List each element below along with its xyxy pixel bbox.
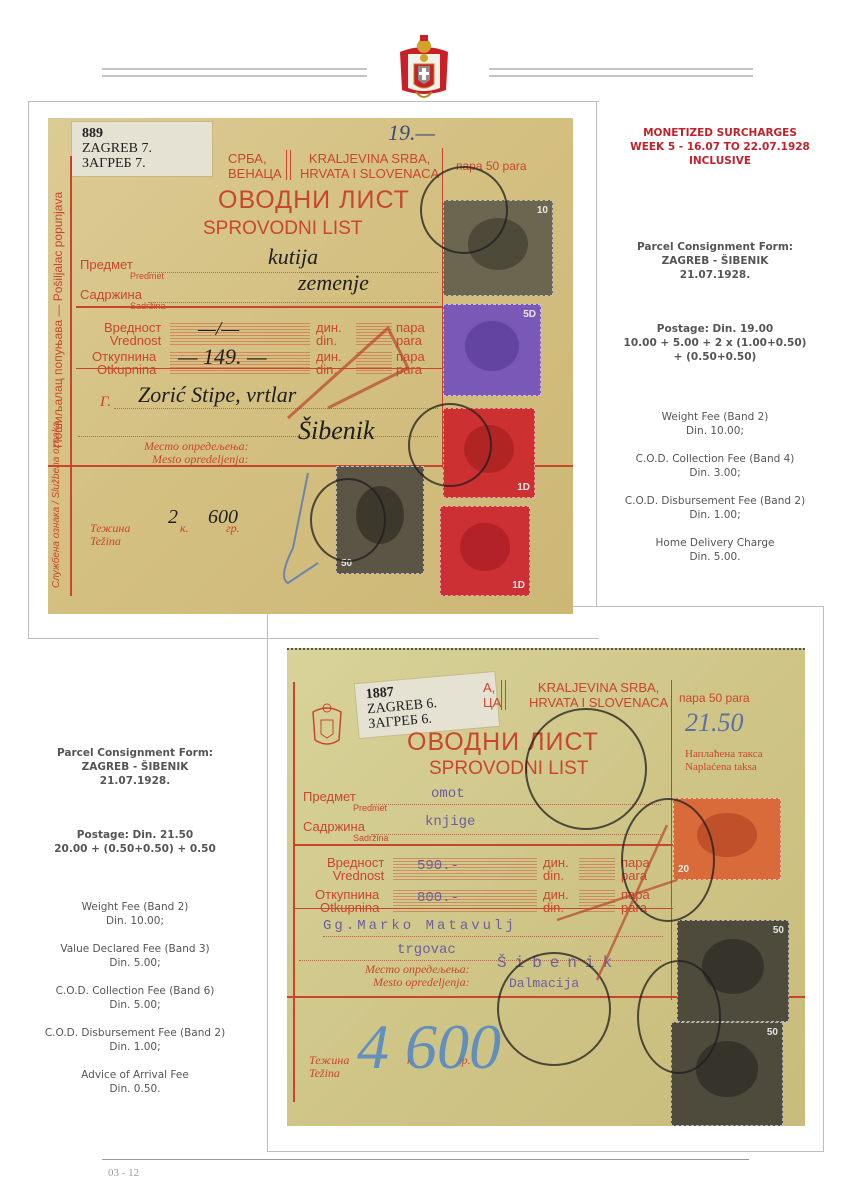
field-vrednost: ВредностVrednost: [327, 856, 384, 882]
typed-vrednost: 590.-: [417, 858, 459, 874]
header-rule-right: [489, 68, 753, 77]
hw-vrednost: —/—: [198, 318, 239, 341]
typed-sadrzina: knjige: [425, 814, 475, 830]
hw-otkupnina: — 149. —: [178, 344, 267, 370]
header-cyrillic-partial: СРБА,ВЕНАЦА: [228, 151, 282, 181]
typed-occupation: trgovac: [397, 942, 456, 958]
typed-predmet: omot: [431, 786, 465, 802]
official-mark-label: Службена ознака / Službena oznaka: [51, 422, 62, 588]
red-crayon-mark: [537, 820, 687, 990]
field-sadrzina: СадржинаSadržina: [303, 820, 389, 843]
footer-rule: [102, 1159, 749, 1160]
coat-of-arms-print-icon: [311, 702, 343, 748]
stamp-5-dinar: 5D: [443, 304, 541, 396]
blue-crayon-mark: [268, 468, 328, 588]
item1-parcel-form-image: Пошиљалац попуњава — Pošiljalac popunjav…: [48, 118, 573, 614]
field-sadrzina: СадржинаSadržina: [80, 288, 166, 311]
header-cyrillic-partial: А,ЦА: [483, 680, 501, 710]
typed-otkupnina: 800.-: [417, 890, 459, 906]
label-office-latin: ZAGREB 7.: [82, 141, 152, 156]
item2-description: Parcel Consignment Form: ZAGREB - ŠIBENI…: [25, 746, 245, 1096]
registration-label: 889 ZAGREB 7. ЗАГРЕБ 7.: [72, 122, 212, 176]
field-otkupnina: ОткупнинаOtkupnina: [92, 350, 156, 376]
hw-weight: 4 600: [357, 1010, 501, 1084]
handwritten-paid-amount: 21.50: [685, 708, 744, 738]
typed-addressee: Gg.Marko Matavulj: [323, 918, 517, 934]
form-title-latin: SPROVODNI LIST: [203, 218, 362, 240]
field-destination: Место опредељења:Mesto opredeljenja:: [144, 440, 249, 466]
handwritten-total: 19.—: [388, 120, 435, 146]
hw-weight-kg: 2: [168, 506, 178, 529]
item1-frame-right-edge: [596, 101, 597, 606]
label-office-cyrillic: ЗАГРЕБ 7.: [82, 156, 146, 171]
field-addressee: Г.: [100, 396, 111, 409]
header-rule-left: [102, 68, 367, 77]
form-title-cyrillic: ОВОДНИ ЛИСТ: [218, 186, 410, 215]
label-number: 889: [82, 126, 103, 141]
royal-coat-of-arms-icon: [396, 32, 452, 106]
field-vrednost: ВредностVrednost: [104, 321, 161, 347]
paid-fee-label: Наплаћена таксаNaplaćena taksa: [685, 748, 763, 774]
item2-parcel-form-image: 1887 ZAGREB 6. ЗАГРЕБ 6. А,ЦА KRALJEVINA…: [287, 648, 805, 1126]
field-predmet: ПредметPredmet: [303, 790, 387, 813]
hw-predmet: kutija: [268, 244, 318, 270]
postmark-zagreb-6: [525, 708, 647, 830]
hw-sadrzina: zemenje: [298, 270, 369, 296]
field-weight: ТежинаTežina: [309, 1054, 349, 1080]
heading-line2: WEEK 5 - 16.07 TO 22.07.1928 INCLUSIVE: [600, 140, 840, 168]
red-crayon-mark: [268, 308, 428, 428]
page-heading: MONETIZED SURCHARGES WEEK 5 - 16.07 TO 2…: [600, 126, 840, 168]
kingdom-name: KRALJEVINA SRBA,HRVATA I SLOVENACA: [300, 151, 439, 181]
item1-description: Parcel Consignment Form: ZAGREB - ŠIBENI…: [610, 240, 820, 564]
heading-line1: MONETIZED SURCHARGES: [600, 126, 840, 140]
price-label: пара 50 para: [679, 692, 750, 705]
field-destination: Место опредељења:Mesto opredeljenja:: [365, 963, 470, 989]
kingdom-name: KRALJEVINA SRBA,HRVATA I SLOVENACA: [529, 680, 668, 710]
page-number: 03 - 12: [108, 1167, 139, 1179]
field-weight: ТежинаTežina: [90, 522, 130, 548]
hw-weight-gr: 600: [208, 506, 238, 529]
field-predmet: ПредметPredmet: [80, 258, 164, 281]
postmark-cancel: [420, 166, 508, 254]
sender-fills-in-label: Пошиљалац попуњава — Pošiljalac popunjav…: [51, 192, 65, 448]
stamp-1-dinar-b: 1D: [440, 506, 530, 596]
field-otkupnina: ОткупнинаOtkupnina: [315, 888, 379, 914]
